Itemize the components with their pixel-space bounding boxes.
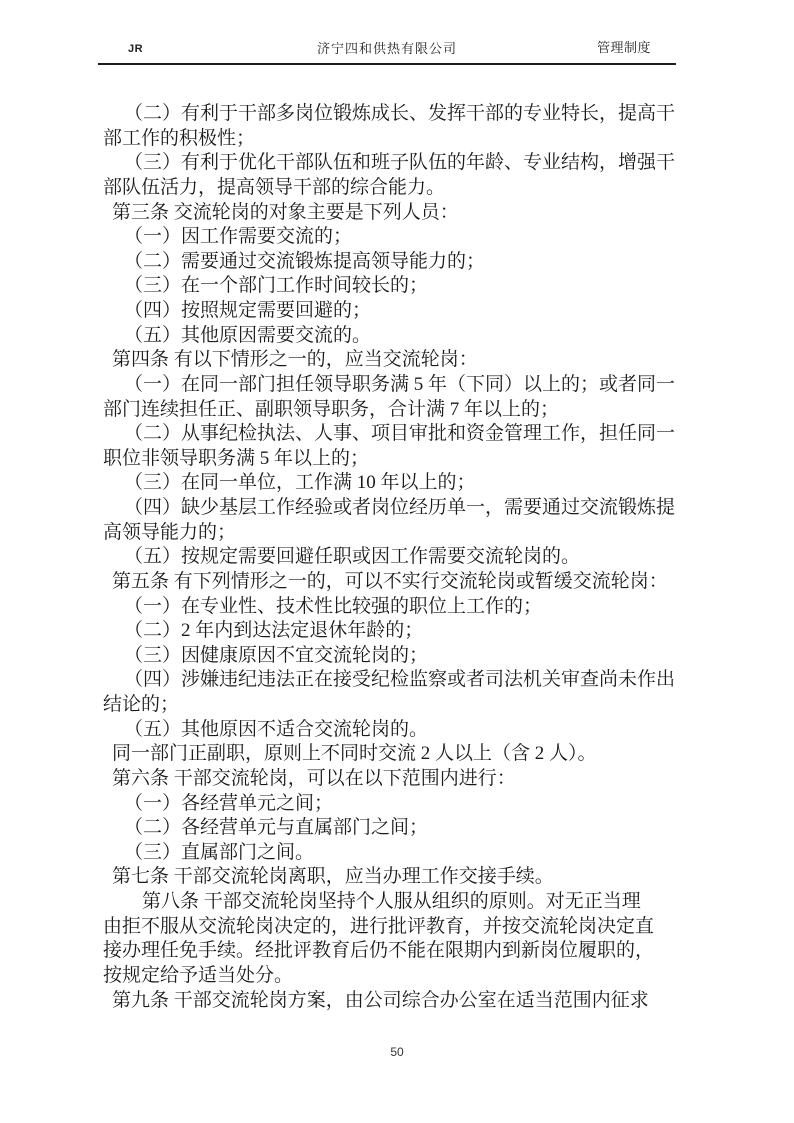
header-doc-type: 管理制度: [597, 37, 651, 56]
document-page: JR 济宁四和供热有限公司 管理制度 （二）有利于干部多岗位锻炼成长、发挥干部的…: [0, 0, 794, 1123]
page-header: JR 济宁四和供热有限公司 管理制度: [98, 40, 676, 65]
document-line: （二）2 年内到达法定退休年龄的；: [103, 619, 683, 644]
document-line: （二）有利于干部多岗位锻炼成长、发挥干部的专业特长，提高干: [103, 102, 683, 127]
document-line: （一）因工作需要交流的；: [103, 225, 683, 250]
document-line: 结论的；: [103, 693, 683, 718]
page-number: 50: [390, 1045, 403, 1059]
document-line: 第七条 干部交流轮岗离职，应当办理工作交接手续。: [103, 865, 683, 890]
document-line: （五）其他原因需要交流的。: [103, 324, 683, 349]
document-line: （五）其他原因不适合交流轮岗的。: [103, 718, 683, 743]
document-line: （四）涉嫌违纪违法正在接受纪检监察或者司法机关审查尚未作出: [103, 668, 683, 693]
document-line: （三）在一个部门工作时间较长的；: [103, 274, 683, 299]
document-line: 接办理任免手续。经批评教育后仍不能在限期内到新岗位履职的，: [103, 939, 683, 964]
document-line: 部门连续担任正、副职领导职务，合计满 7 年以上的；: [103, 398, 683, 423]
document-line: 第五条 有下列情形之一的，可以不实行交流轮岗或暂缓交流轮岗：: [103, 570, 683, 595]
document-line: （三）直属部门之间。: [103, 841, 683, 866]
document-line: （一）在专业性、技术性比较强的职位上工作的；: [103, 595, 683, 620]
document-line: 按规定给予适当处分。: [103, 964, 683, 989]
document-line: 同一部门正副职，原则上不同时交流 2 人以上（含 2 人）。: [103, 742, 683, 767]
document-line: 第四条 有以下情形之一的，应当交流轮岗：: [103, 348, 683, 373]
document-line: 第六条 干部交流轮岗，可以在以下范围内进行：: [103, 767, 683, 792]
document-line: （三）有利于优化干部队伍和班子队伍的年龄、专业结构，增强干: [103, 151, 683, 176]
document-line: （二）需要通过交流锻炼提高领导能力的；: [103, 250, 683, 275]
document-line: 第九条 干部交流轮岗方案，由公司综合办公室在适当范围内征求: [103, 989, 683, 1014]
document-line: （二）各经营单元与直属部门之间；: [103, 816, 683, 841]
document-line: 部队伍活力，提高领导干部的综合能力。: [103, 176, 683, 201]
document-line: 第八条 干部交流轮岗坚持个人服从组织的原则。对无正当理: [103, 890, 683, 915]
document-body: （二）有利于干部多岗位锻炼成长、发挥干部的专业特长，提高干部工作的积极性；（三）…: [103, 102, 683, 1013]
document-line: （二）从事纪检执法、人事、项目审批和资金管理工作，担任同一: [103, 422, 683, 447]
document-line: （一）各经营单元之间；: [103, 792, 683, 817]
document-line: （三）在同一单位，工作满 10 年以上的；: [103, 471, 683, 496]
document-line: （五）按规定需要回避任职或因工作需要交流轮岗的。: [103, 545, 683, 570]
header-company-name: 济宁四和供热有限公司: [98, 40, 676, 57]
document-line: （四）按照规定需要回避的；: [103, 299, 683, 324]
document-line: （一）在同一部门担任领导职务满 5 年（下同）以上的；或者同一: [103, 373, 683, 398]
document-line: 部工作的积极性；: [103, 127, 683, 152]
header-logo-text: JR: [128, 43, 143, 55]
document-line: 高领导能力的；: [103, 521, 683, 546]
document-line: （三）因健康原因不宜交流轮岗的；: [103, 644, 683, 669]
document-line: 第三条 交流轮岗的对象主要是下列人员：: [103, 201, 683, 226]
document-line: 由拒不服从交流轮岗决定的，进行批评教育，并按交流轮岗决定直: [103, 915, 683, 940]
document-line: 职位非领导职务满 5 年以上的；: [103, 447, 683, 472]
page-footer: 50: [0, 1045, 794, 1059]
document-line: （四）缺少基层工作经验或者岗位经历单一，需要通过交流锻炼提: [103, 496, 683, 521]
